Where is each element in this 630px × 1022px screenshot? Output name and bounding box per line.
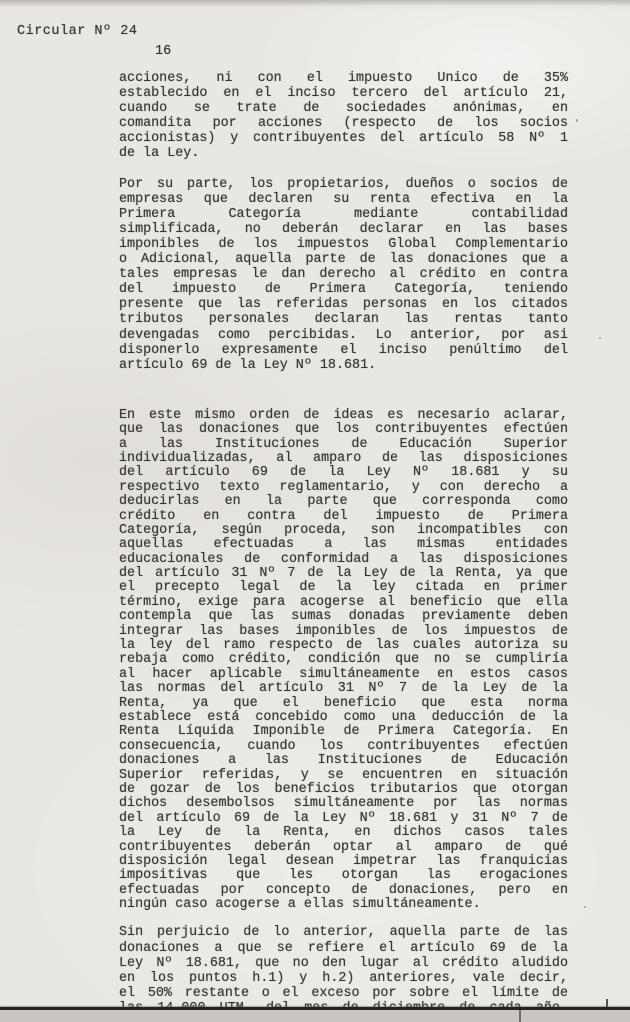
scan-top-edge: [0, 0, 630, 6]
text-line: accionistas) y contribuyentes del artícu…: [119, 131, 568, 146]
text-line: cuando se trate de sociedades anónimas, …: [119, 101, 568, 116]
text-line: contempla que las sumas donadas previame…: [119, 610, 568, 624]
text-line: deducirlas en la parte que corresponda c…: [119, 495, 568, 509]
text-line: Por su parte, los propietarios, dueños o…: [119, 177, 568, 192]
text-line: del impuesto de Primera Categoría, tenie…: [119, 282, 568, 297]
text-line: establecido en el inciso tercero del art…: [119, 86, 568, 101]
text-line: de la Ley.: [119, 146, 568, 161]
scan-bottom-band: [0, 1010, 630, 1022]
text-line: donaciones a las Instituciones de Educac…: [119, 754, 568, 768]
document-body: acciones, ni con el impuesto Unico de 35…: [119, 71, 568, 1016]
text-line: del artículo 69 de la Ley Nº 18.681 y 31…: [119, 812, 568, 826]
text-line: dichos desembolsos simultáneamente por l…: [119, 797, 568, 811]
paragraph: Por su parte, los propietarios, dueños o…: [119, 177, 568, 373]
text-line: tales empresas le dan derecho al crédito…: [119, 267, 568, 282]
text-line: Renta Líquida Imponible de Primera Categ…: [119, 725, 568, 739]
text-line: crédito en contra del impuesto de Primer…: [119, 510, 568, 524]
text-line: contribuyentes deberán optar al amparo d…: [119, 841, 568, 855]
text-line: comandita por acciones (respecto de los …: [119, 116, 568, 131]
text-line: Renta, ya que el beneficio que esta norm…: [119, 697, 568, 711]
scan-edge-tick: [606, 999, 608, 1007]
paragraph: En este mismo orden de ideas es necesari…: [119, 409, 568, 913]
text-line: respectivo texto reglamentario, y con de…: [119, 481, 568, 495]
text-line: Primera Categoría mediante contabilidad: [119, 207, 568, 222]
text-line: ningún caso acogerse a ellas simultáneam…: [119, 898, 568, 912]
text-line: las normas del artículo 31 Nº 7 de la Le…: [119, 682, 568, 696]
text-line: educacionales de conformidad a las dispo…: [119, 553, 568, 567]
text-line: rebaja como crédito, condición que no se…: [119, 653, 568, 667]
scan-speckle: [576, 119, 578, 122]
text-line: impositivas que les otorgan las erogacio…: [119, 869, 568, 883]
text-line: integrar las bases imponibles de los imp…: [119, 625, 568, 639]
text-line: a las Instituciones de Educación Superio…: [119, 438, 568, 452]
scan-speckle: [599, 337, 601, 339]
paragraph: acciones, ni con el impuesto Unico de 35…: [119, 71, 568, 162]
document-header-label: Circular Nº 24: [17, 24, 137, 39]
text-line: imponibles de los impuestos Global Compl…: [119, 237, 568, 252]
text-line: presente que las referidas personas en l…: [119, 297, 568, 312]
text-line: Sin perjuicio de lo anterior, aquella pa…: [119, 925, 568, 940]
text-line: simplificada, no deberán declarar en las…: [119, 222, 568, 237]
text-line: el precepto legal de la ley citada en pr…: [119, 581, 568, 595]
text-line: en los puntos h.1) y h.2) anteriores, va…: [119, 971, 568, 986]
paragraph: Sin perjuicio de lo anterior, aquella pa…: [119, 925, 568, 1016]
text-line: o Adicional, aquella parte de las donaci…: [119, 252, 568, 267]
text-line: Ley Nº 18.681, que no den lugar al crédi…: [119, 956, 568, 971]
text-line: empresas que declaren su renta efectiva …: [119, 192, 568, 207]
text-line: la Ley de la Renta, en dichos casos tale…: [119, 826, 568, 840]
scan-speckle: [584, 906, 586, 908]
scanned-document-page: Circular Nº 24 16 acciones, ni con el im…: [0, 0, 630, 1022]
text-line: devengadas como percibidas. Lo anterior,…: [119, 328, 568, 343]
text-line: consecuencia, cuando los contribuyentes …: [119, 740, 568, 754]
text-line: artículo 69 de la Ley Nº 18.681.: [119, 358, 568, 373]
text-line: acciones, ni con el impuesto Unico de 35…: [119, 71, 568, 86]
text-line: donaciones a que se refiere el artículo …: [119, 941, 568, 956]
text-line: En este mismo orden de ideas es necesari…: [119, 409, 568, 423]
page-number: 16: [155, 44, 171, 59]
text-line: efectuadas por concepto de donaciones, p…: [119, 884, 568, 898]
text-line: el 50% restante o el exceso por sobre el…: [119, 986, 568, 1001]
text-line: aquellas efectuadas a las mismas entidad…: [119, 538, 568, 552]
text-line: disponerlo expresamente el inciso penúlt…: [119, 343, 568, 358]
text-line: del artículo 69 de la Ley Nº 18.681 y su: [119, 466, 568, 480]
scan-edge-tick: [519, 1010, 521, 1022]
text-line: Superior referidas, y se encuentren en s…: [119, 769, 568, 783]
text-line: tributos personales declaran las rentas …: [119, 312, 568, 327]
text-line: que las donaciones que los contribuyente…: [119, 423, 568, 437]
